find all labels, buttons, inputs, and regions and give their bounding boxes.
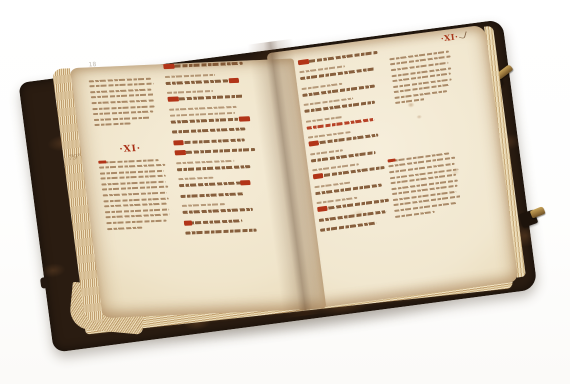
- script-line: [102, 192, 167, 197]
- script-line: [106, 220, 167, 225]
- script-line: [165, 74, 215, 78]
- script-line: [88, 77, 151, 82]
- script-line: [175, 148, 255, 154]
- rubric-mark: [184, 220, 193, 225]
- rubric-mark: [387, 159, 396, 163]
- rubric-mark: [240, 180, 251, 185]
- script-line: [101, 181, 165, 186]
- script-line: [105, 208, 170, 213]
- text-block-top-right-gloss: [389, 50, 457, 108]
- rubric-mark: [173, 140, 184, 145]
- script-line: [93, 111, 153, 116]
- text-block-colA-top-gloss: [88, 77, 160, 130]
- script-line: [91, 94, 154, 99]
- text-block-mid-right-gloss: [387, 151, 465, 221]
- rubric-mark: [163, 64, 175, 69]
- rubric-mark: [238, 116, 250, 121]
- manuscript-photo: 79° 18 ·XI· ·XI·: [0, 0, 570, 384]
- script-line: [99, 170, 164, 175]
- script-line: [90, 88, 151, 93]
- script-line: [182, 203, 225, 207]
- rubric-mark: [312, 173, 323, 179]
- rubric-mark: [98, 160, 107, 163]
- script-line: [310, 149, 343, 155]
- rubric-mark: [168, 97, 179, 102]
- script-line: [314, 181, 351, 188]
- script-line: [94, 123, 130, 127]
- clasp-lower-hook: [530, 206, 546, 219]
- script-line: [318, 210, 386, 222]
- script-line: [166, 79, 240, 85]
- script-line: [179, 181, 251, 187]
- script-line: [99, 164, 165, 169]
- script-line: [177, 165, 251, 171]
- text-block-colB-text: [163, 62, 269, 243]
- script-line: [91, 99, 153, 104]
- rubric-mark: [308, 141, 318, 147]
- script-line: [100, 175, 166, 180]
- script-line: [107, 226, 142, 230]
- script-line: [89, 83, 153, 88]
- script-line: [171, 117, 250, 123]
- rubric-mark: [317, 206, 328, 212]
- script-line: [94, 116, 152, 120]
- script-line: [168, 95, 245, 101]
- script-line: [395, 99, 425, 105]
- script-line: [105, 214, 169, 219]
- script-line: [183, 208, 253, 214]
- script-line: [176, 160, 234, 165]
- catch-plate: [40, 277, 48, 289]
- rubric-mark: [175, 150, 187, 155]
- script-line: [298, 51, 378, 64]
- script-line: [169, 106, 237, 111]
- script-line: [170, 112, 235, 117]
- script-line: [172, 128, 246, 134]
- script-line: [394, 210, 435, 217]
- script-line: [184, 219, 243, 225]
- script-line: [178, 177, 213, 181]
- script-line: [185, 229, 257, 235]
- script-line: [92, 105, 155, 110]
- script-line: [173, 138, 244, 144]
- script-line: [180, 192, 244, 198]
- folio-note: 79°: [68, 153, 81, 163]
- script-line: [104, 203, 168, 208]
- script-line: [98, 159, 159, 164]
- script-line: [103, 197, 169, 202]
- left-page-text: [69, 58, 327, 318]
- script-line: [167, 90, 213, 94]
- rubric-mark: [228, 78, 239, 83]
- script-line: [102, 186, 168, 191]
- left-page: 18 ·XI·: [69, 58, 327, 318]
- text-block-colA-paragraph: [98, 158, 175, 233]
- script-line: [320, 222, 377, 232]
- rubric-mark: [297, 59, 309, 65]
- script-line: [305, 115, 343, 122]
- script-line: [163, 62, 242, 68]
